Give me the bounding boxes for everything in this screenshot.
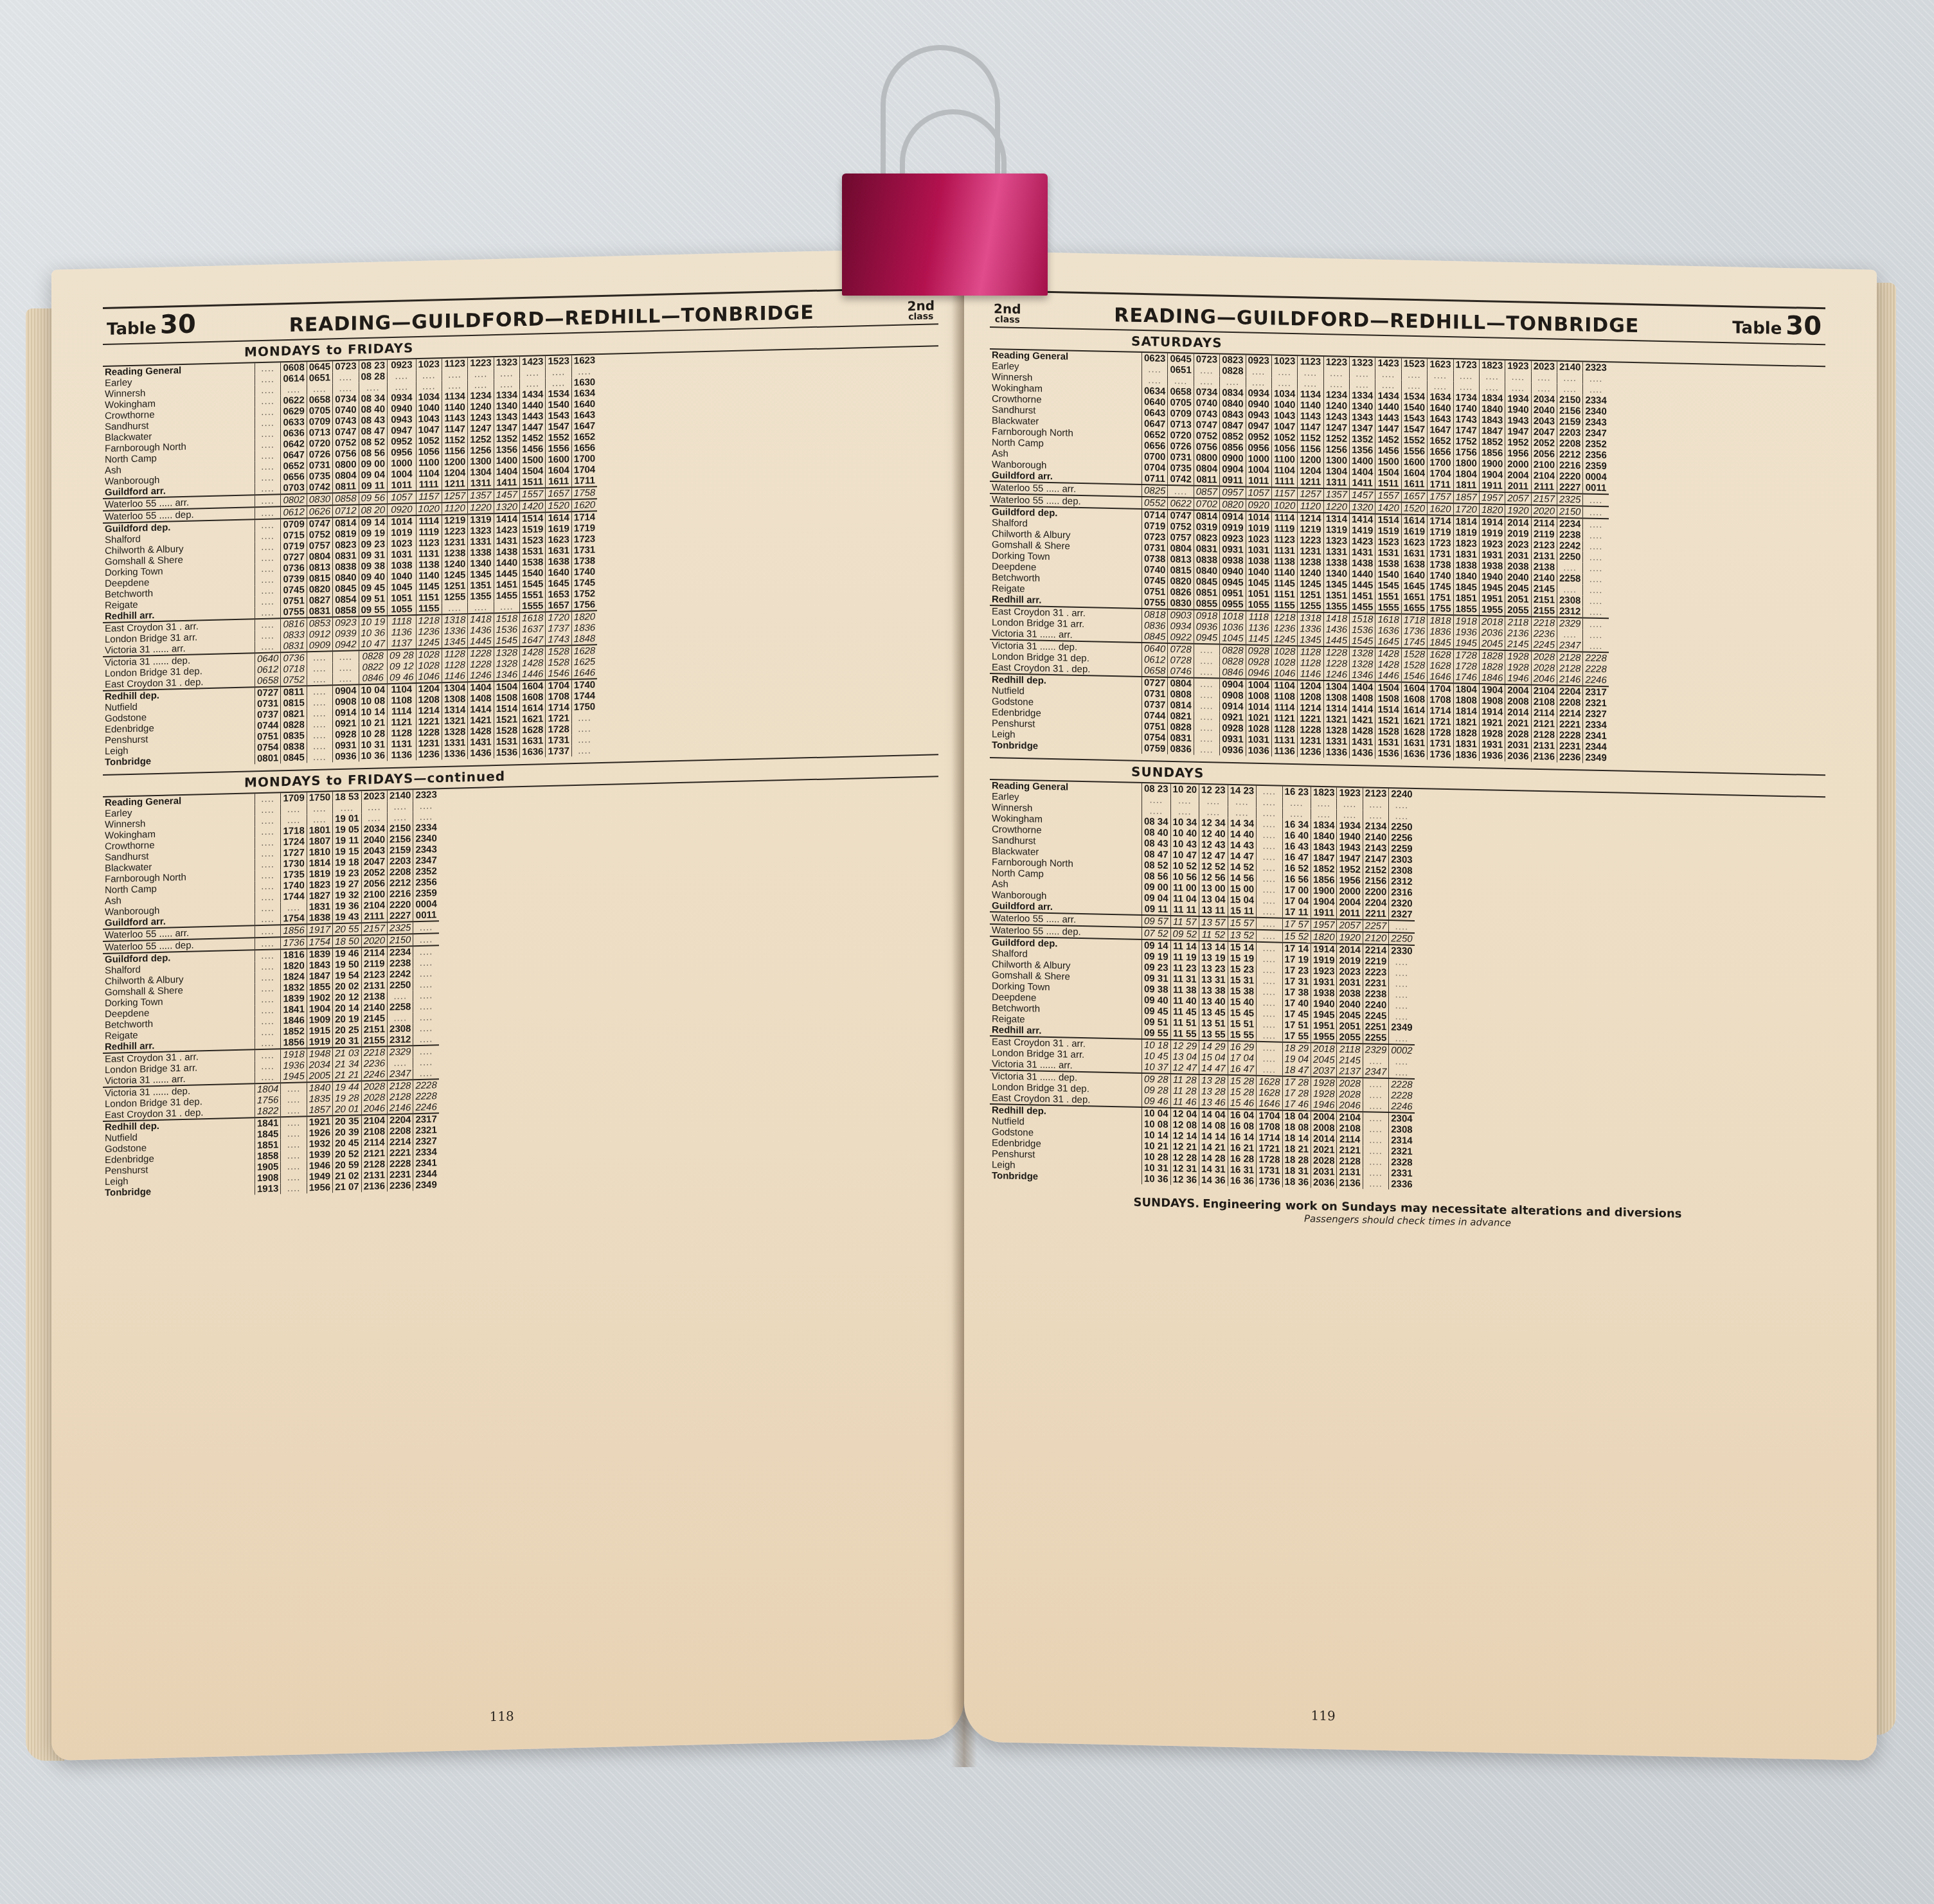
train-time: 1531 xyxy=(494,736,519,747)
train-time: 1314 xyxy=(442,704,467,716)
train-time: 1040 xyxy=(388,571,416,582)
train-time: 1345 xyxy=(468,569,494,580)
train-time: .... xyxy=(1363,1167,1388,1179)
train-time: .... xyxy=(1363,1123,1388,1135)
train-time: 0745 xyxy=(1142,575,1168,587)
train-time: 1855 xyxy=(1453,603,1479,616)
train-time: 1604 xyxy=(520,680,546,692)
train-time: 15 46 xyxy=(1228,1098,1257,1110)
train-time: 2317 xyxy=(1583,686,1609,698)
train-time: 16 36 xyxy=(1228,1175,1257,1187)
train-time: 1311 xyxy=(468,477,494,490)
train-time: 10 47 xyxy=(1170,850,1199,861)
train-time: .... xyxy=(442,369,467,380)
train-time: 1547 xyxy=(546,421,571,432)
train-time: 1840 xyxy=(1311,831,1337,842)
train-time: 2320 xyxy=(1389,898,1415,909)
train-time: 2131 xyxy=(1531,551,1557,562)
train-time: 2245 xyxy=(1531,639,1557,652)
train-time: 1104 xyxy=(1271,679,1297,691)
train-time: 0918 xyxy=(1194,610,1219,622)
train-time: 15 28 xyxy=(1228,1075,1257,1087)
train-time: 0723 xyxy=(1142,531,1168,543)
train-time: 1711 xyxy=(1428,479,1453,491)
train-time: 0904 xyxy=(1220,464,1246,476)
train-time: 16 23 xyxy=(1282,787,1311,798)
train-time: 2140 xyxy=(1363,832,1388,843)
train-time: 1656 xyxy=(571,442,597,454)
train-time: 1614 xyxy=(1401,705,1427,716)
train-time: 09 51 xyxy=(1142,1017,1171,1028)
train-time: 1700 xyxy=(1428,457,1453,468)
train-time: 1346 xyxy=(494,669,519,681)
train-time: 17 28 xyxy=(1282,1088,1311,1099)
train-time: 08 52 xyxy=(359,436,388,448)
train-time: 0629 xyxy=(281,405,307,417)
train-time: 1334 xyxy=(1350,390,1375,402)
train-time: 1457 xyxy=(494,488,519,501)
right-page-content: 2ndclass READING—GUILDFORD—REDHILL—TONBR… xyxy=(990,290,1825,1235)
train-time: 1100 xyxy=(416,457,442,468)
train-time: .... xyxy=(1350,368,1375,380)
train-time: 0622 xyxy=(281,395,307,406)
train-time: 1204 xyxy=(1298,465,1323,477)
train-time: 12 04 xyxy=(1170,1108,1199,1120)
train-time: 0705 xyxy=(307,405,332,416)
train-time: .... xyxy=(546,366,571,378)
train-time: 2321 xyxy=(413,1125,439,1136)
train-time: 14 56 xyxy=(1228,873,1257,884)
train-time: 1536 xyxy=(494,747,519,758)
train-time: 0903 xyxy=(1168,609,1194,621)
train-time: 1618 xyxy=(520,612,546,624)
train-time: 15 51 xyxy=(1228,1019,1257,1030)
train-time: 1757 xyxy=(1428,490,1453,503)
train-time: 1918 xyxy=(281,1048,307,1060)
train-time: 1545 xyxy=(1375,580,1401,592)
train-time: .... xyxy=(1505,371,1531,383)
train-time: 1521 xyxy=(1375,715,1401,727)
train-time: 2120 xyxy=(1363,932,1388,945)
train-time: 1118 xyxy=(388,615,416,627)
train-time: 1847 xyxy=(307,970,332,982)
train-time: .... xyxy=(1228,796,1257,808)
train-time: 0914 xyxy=(333,707,359,718)
train-time: 1156 xyxy=(1298,443,1323,455)
train-time: 1028 xyxy=(1271,657,1297,668)
train-time: 1208 xyxy=(416,694,442,706)
train-time: .... xyxy=(255,630,281,641)
train-time: 1223 xyxy=(1298,535,1323,546)
train-time: .... xyxy=(1583,606,1609,618)
train-time: 0747 xyxy=(1168,510,1194,522)
train-time: 1051 xyxy=(388,592,416,604)
train-time: 1234 xyxy=(468,390,494,402)
train-time: 1600 xyxy=(546,454,571,465)
train-time: 1731 xyxy=(571,544,597,556)
station-name: Tonbridge xyxy=(990,1170,1142,1184)
train-time: 1908 xyxy=(255,1172,281,1184)
train-time: .... xyxy=(255,641,281,653)
train-time: 1357 xyxy=(1323,488,1349,501)
train-time: 2308 xyxy=(1389,865,1415,876)
train-time: .... xyxy=(255,826,281,837)
train-time: 0743 xyxy=(333,415,359,427)
train-time: 1857 xyxy=(307,1104,332,1116)
train-time: 2221 xyxy=(1557,719,1583,731)
train-time: 2152 xyxy=(1363,864,1388,876)
train-time: 2040 xyxy=(361,834,387,846)
train-time: 09 28 xyxy=(388,649,416,661)
train-time: 1500 xyxy=(520,454,546,466)
train-time: 1704 xyxy=(1428,682,1453,695)
train-time: 17 11 xyxy=(1282,907,1311,919)
train-time: 1231 xyxy=(416,738,442,749)
train-time: 13 04 xyxy=(1170,1051,1199,1063)
train-time: 1640 xyxy=(1428,402,1453,414)
train-time: 1946 xyxy=(1505,673,1531,685)
train-time: 0728 xyxy=(1168,655,1194,666)
train-time: 1134 xyxy=(442,391,467,402)
train-time: 1756 xyxy=(255,1094,281,1106)
train-time: 09 19 xyxy=(1142,951,1171,963)
train-time: 08 43 xyxy=(1142,838,1171,850)
train-time: 0728 xyxy=(1168,643,1194,655)
train-time: 09 28 xyxy=(1142,1073,1171,1085)
train-time: 13 11 xyxy=(1199,905,1228,917)
train-time: 1623 xyxy=(546,534,571,546)
train-time: 1445 xyxy=(1323,635,1349,647)
train-time: 1936 xyxy=(1479,750,1505,761)
train-time: 0727 xyxy=(255,686,281,698)
train-time: .... xyxy=(413,968,439,979)
train-time: 12 14 xyxy=(1170,1130,1199,1142)
train-time: .... xyxy=(333,673,359,685)
station-name: Tonbridge xyxy=(990,740,1142,754)
train-time: 1846 xyxy=(1479,672,1505,684)
train-time: 1321 xyxy=(1323,714,1349,725)
open-timetable-book: Table30 READING—GUILDFORD—REDHILL—TONBRI… xyxy=(26,270,1896,1825)
train-time: 1121 xyxy=(388,716,416,728)
train-time: 17 38 xyxy=(1282,987,1311,999)
train-time: 0612 xyxy=(1142,654,1168,666)
train-time: 0934 xyxy=(1168,621,1194,632)
train-time: 1928 xyxy=(1311,1089,1337,1100)
train-time: 0658 xyxy=(1142,665,1168,677)
train-time: 0740 xyxy=(333,404,359,416)
train-time: 1252 xyxy=(468,434,494,445)
train-time: 11 04 xyxy=(1170,893,1199,905)
train-time: 1157 xyxy=(416,490,442,503)
train-time: 2256 xyxy=(1389,832,1415,844)
train-time: 1414 xyxy=(468,704,494,715)
train-time: 1447 xyxy=(1375,423,1401,435)
train-time: 1040 xyxy=(416,402,442,414)
train-time: 1940 xyxy=(1505,404,1531,416)
train-time: 1011 xyxy=(388,479,416,492)
train-time: 1308 xyxy=(442,693,467,705)
train-time: 20 25 xyxy=(333,1024,362,1036)
train-time: 1400 xyxy=(1350,456,1375,467)
train-time: 1719 xyxy=(571,522,597,534)
train-time: .... xyxy=(255,891,281,903)
train-time: 1919 xyxy=(1479,528,1505,539)
train-time: 1932 xyxy=(307,1138,332,1150)
train-time: 2145 xyxy=(1337,1054,1363,1066)
train-time: .... xyxy=(1375,380,1401,391)
train-time: .... xyxy=(255,395,281,407)
train-time: 0831 xyxy=(307,605,332,618)
train-time: 2352 xyxy=(1583,438,1609,450)
train-time: 09 31 xyxy=(1142,973,1171,984)
train-time: 0752 xyxy=(281,674,307,686)
train-time: 1055 xyxy=(1246,599,1271,611)
train-time: 1714 xyxy=(1428,705,1453,716)
train-time: 0738 xyxy=(1142,553,1168,565)
train-time: .... xyxy=(1583,618,1609,630)
train-time: 1128 xyxy=(1271,724,1297,735)
train-time: 1157 xyxy=(1271,487,1297,500)
train-time: .... xyxy=(255,793,281,805)
train-time: .... xyxy=(1583,595,1609,607)
train-time: 0643 xyxy=(1142,407,1168,419)
train-time: 1839 xyxy=(281,993,307,1004)
train-time: 14 52 xyxy=(1228,862,1257,873)
train-time: .... xyxy=(307,383,332,395)
train-time: 1931 xyxy=(1479,739,1505,751)
train-time: .... xyxy=(255,972,281,983)
train-time: 1123 xyxy=(1271,534,1297,546)
train-time: .... xyxy=(1257,1019,1282,1031)
train-time: 2138 xyxy=(361,991,387,1002)
train-time: 1045 xyxy=(1220,633,1246,645)
train-time: 2028 xyxy=(1311,1155,1337,1167)
train-time: 10 31 xyxy=(1142,1162,1171,1174)
train-time: 2151 xyxy=(361,1024,387,1035)
train-time: 0633 xyxy=(281,416,307,428)
train-time: 0759 xyxy=(1142,743,1168,754)
train-time: 1128 xyxy=(388,727,416,739)
train-time: 2349 xyxy=(1389,1022,1415,1033)
train-time: 2108 xyxy=(1531,697,1557,708)
train-time: 2011 xyxy=(1505,481,1531,493)
train-time: .... xyxy=(307,651,332,663)
train-time: .... xyxy=(1194,644,1219,656)
train-time: 0840 xyxy=(1220,398,1246,410)
train-time: 09 31 xyxy=(359,549,388,561)
train-time: 2334 xyxy=(413,822,439,833)
train-time: 1314 xyxy=(1323,703,1349,715)
train-time: 2014 xyxy=(1505,517,1531,529)
train-time: 1651 xyxy=(1401,592,1427,603)
train-time: 1727 xyxy=(281,847,307,859)
train-time: 0804 xyxy=(1194,463,1219,475)
train-time: 1034 xyxy=(416,391,442,403)
train-time: 09 23 xyxy=(1142,962,1171,974)
train-time: 2308 xyxy=(388,1023,413,1035)
train-time: 1336 xyxy=(442,748,467,760)
train-time: 1721 xyxy=(546,713,571,724)
train-time: .... xyxy=(1389,1000,1415,1011)
train-time: 0734 xyxy=(1194,387,1219,398)
footnote-lead: SUNDAYS. xyxy=(1133,1196,1199,1211)
train-time: .... xyxy=(255,848,281,859)
train-time: .... xyxy=(307,697,332,708)
train-time: 11 31 xyxy=(1170,974,1199,985)
train-time: .... xyxy=(416,369,442,381)
train-time: .... xyxy=(307,718,332,730)
train-time: .... xyxy=(307,740,332,752)
train-time: 1643 xyxy=(1428,413,1453,425)
train-time: 1020 xyxy=(1271,499,1297,512)
train-time: 0745 xyxy=(281,584,307,596)
train-time: .... xyxy=(1479,371,1505,382)
train-time: 2216 xyxy=(1557,460,1583,472)
train-time: 2104 xyxy=(1337,1111,1363,1123)
train-time: 0658 xyxy=(307,394,332,405)
train-time: 2347 xyxy=(1557,640,1583,652)
train-time: 0814 xyxy=(1168,700,1194,711)
train-time: 09 00 xyxy=(1142,882,1171,893)
train-time: 1218 xyxy=(416,614,442,627)
train-time: 09 19 xyxy=(359,528,388,539)
train-time: 1740 xyxy=(571,566,597,578)
train-time: 1856 xyxy=(1311,875,1337,886)
train-time: .... xyxy=(413,1067,439,1080)
train-time: 1246 xyxy=(468,670,494,682)
train-time: 1914 xyxy=(1479,516,1505,528)
train-time: 11 38 xyxy=(1170,984,1199,996)
train-time: 2250 xyxy=(1557,551,1583,563)
train-time: .... xyxy=(388,801,413,812)
train-time: 0856 xyxy=(1220,442,1246,454)
train-time: .... xyxy=(1389,956,1415,968)
train-time: 10 04 xyxy=(359,684,388,696)
train-time: 1540 xyxy=(546,399,571,411)
train-time: 2123 xyxy=(1363,788,1388,799)
train-time: 1145 xyxy=(1271,578,1297,589)
train-time: 1057 xyxy=(388,491,416,504)
train-time: 08 34 xyxy=(1142,816,1171,828)
train-time: 1949 xyxy=(307,1171,332,1182)
train-time: .... xyxy=(307,707,332,719)
train-time: 1128 xyxy=(442,648,467,660)
train-time: 1945 xyxy=(281,1071,307,1083)
train-time: .... xyxy=(388,1012,413,1024)
train-time: 2329 xyxy=(388,1045,413,1058)
train-time: 20 35 xyxy=(333,1115,362,1127)
train-time: 1236 xyxy=(1298,746,1323,758)
train-time: 0712 xyxy=(333,504,359,517)
train-time: 1031 xyxy=(388,549,416,560)
train-time: 1923 xyxy=(1505,360,1531,372)
train-time: 13 28 xyxy=(1199,1086,1228,1098)
train-time: 0828 xyxy=(1220,366,1246,377)
train-time: 1723 xyxy=(1453,359,1479,371)
train-time: 2349 xyxy=(413,1179,439,1191)
train-time: 0755 xyxy=(281,606,307,618)
train-time: 1119 xyxy=(416,526,442,538)
train-time: 11 19 xyxy=(1170,952,1199,963)
train-time: 2336 xyxy=(1389,1179,1415,1190)
train-time: 2221 xyxy=(388,1147,413,1159)
train-time: 0942 xyxy=(333,639,359,651)
train-time: 2111 xyxy=(361,911,387,923)
train-time: 1928 xyxy=(1505,650,1531,663)
train-time: .... xyxy=(255,993,281,1005)
train-time: 1848 xyxy=(571,633,597,645)
train-time: 20 45 xyxy=(333,1137,362,1149)
train-time: 0813 xyxy=(307,562,332,573)
train-time: 20 02 xyxy=(333,981,362,992)
train-time: .... xyxy=(255,1026,281,1038)
train-time: 1640 xyxy=(546,567,571,578)
train-time: 1840 xyxy=(307,1081,332,1094)
train-time: 1340 xyxy=(1323,568,1349,580)
train-time: 08 40 xyxy=(1142,827,1171,839)
train-time: 1051 xyxy=(1246,588,1271,600)
train-time: 2214 xyxy=(388,1136,413,1148)
train-time: 21 03 xyxy=(333,1047,362,1059)
train-time: 2051 xyxy=(1505,594,1531,605)
train-time: 2203 xyxy=(388,855,413,867)
train-time: 0739 xyxy=(281,573,307,585)
train-time: 1014 xyxy=(1246,511,1271,523)
train-time: 2236 xyxy=(388,1180,413,1191)
train-time: 0715 xyxy=(281,529,307,541)
train-time: 10 08 xyxy=(359,695,388,707)
train-time: 1431 xyxy=(494,535,519,547)
train-time: 1840 xyxy=(1453,571,1479,582)
train-time: 1251 xyxy=(1298,589,1323,601)
train-time: 12 29 xyxy=(1170,1040,1199,1052)
train-time: 1008 xyxy=(1246,690,1271,702)
train-time: 0719 xyxy=(1142,520,1168,532)
train-time: 2045 xyxy=(1311,1054,1337,1066)
train-time: 1323 xyxy=(1350,357,1375,369)
train-time: 1614 xyxy=(520,702,546,714)
train-time: 14 14 xyxy=(1199,1131,1228,1143)
train-time: 1943 xyxy=(1505,415,1531,427)
train-time: 1100 xyxy=(1271,454,1297,465)
train-time: 19 28 xyxy=(333,1092,362,1104)
train-time: 2347 xyxy=(388,1068,413,1080)
train-time: 1223 xyxy=(1323,357,1349,368)
train-time: .... xyxy=(520,367,546,378)
train-time: 2134 xyxy=(1363,821,1388,832)
train-time: .... xyxy=(1257,1064,1282,1076)
train-time: 2200 xyxy=(1363,886,1388,898)
train-time: 1445 xyxy=(1350,580,1375,591)
train-time: .... xyxy=(333,382,359,394)
train-time: 1940 xyxy=(1479,571,1505,583)
train-time: 2349 xyxy=(1583,752,1609,763)
train-time: 08 52 xyxy=(1142,860,1171,871)
train-time: 1743 xyxy=(546,634,571,646)
train-time: 1123 xyxy=(1298,356,1323,368)
train-time: 1347 xyxy=(494,422,519,434)
train-time: 0858 xyxy=(333,492,359,505)
train-time: 1823 xyxy=(1479,360,1505,371)
train-time: 2231 xyxy=(1363,977,1388,989)
train-time: 1221 xyxy=(416,716,442,727)
train-time: 0623 xyxy=(1142,353,1168,364)
train-time: .... xyxy=(413,1011,439,1023)
train-time: 20 12 xyxy=(333,992,362,1003)
train-time: .... xyxy=(281,1128,307,1139)
train-time: 2104 xyxy=(361,1114,387,1126)
train-time: 1956 xyxy=(1505,448,1531,459)
